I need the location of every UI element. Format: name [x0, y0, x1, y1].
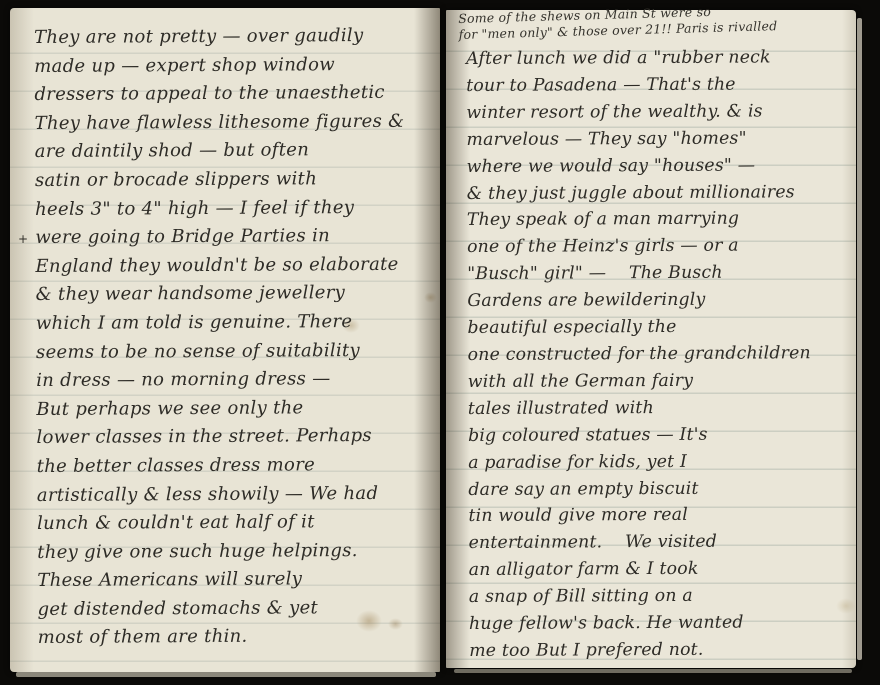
handwriting-line: & they wear handsome jewellery [36, 279, 438, 310]
handwriting-line: were going to Bridge Parties in [35, 222, 437, 253]
handwriting-line: a paradise for kids, yet I [468, 447, 868, 476]
handwriting-line: in dress — no morning dress — [36, 365, 438, 396]
right-page-handwriting: After lunch we did a "rubber neck tour t… [466, 44, 869, 665]
handwriting-line: get distended stomachs & yet [37, 593, 439, 624]
handwriting-line: dare say an empty biscuit [468, 474, 868, 503]
handwriting-line: big coloured statues — It's [468, 421, 868, 450]
margin-caret: + [18, 232, 28, 246]
handwriting-line: heels 3" to 4" high — I feel if they [35, 193, 437, 224]
handwriting-line: marvelous — They say "homes" [466, 125, 866, 154]
notebook-scan: + They are not pretty — over gaudily mad… [0, 0, 880, 685]
handwriting-line: After lunch we did a "rubber neck [466, 44, 866, 73]
handwriting-line: huge fellow's back. He wanted [469, 609, 869, 638]
handwriting-line: seems to be no sense of suitability [36, 336, 438, 367]
handwriting-line: beautiful especially the [467, 313, 867, 342]
page-edge [454, 669, 852, 673]
handwriting-line: dressers to appeal to the unaesthetic [34, 79, 436, 110]
handwriting-line: England they wouldn't be so elaborate [35, 250, 437, 281]
left-page-handwriting: They are not pretty — over gaudily made … [34, 22, 440, 654]
handwriting-line: lower classes in the street. Perhaps [36, 422, 438, 453]
handwriting-line: are daintily shod — but often [35, 136, 437, 167]
handwriting-line: tin would give more real [468, 501, 868, 530]
handwriting-line: where we would say "houses" — [467, 152, 867, 181]
handwriting-line: the better classes dress more [37, 450, 439, 481]
handwriting-line: "Busch" girl" — The Busch [467, 259, 867, 288]
handwriting-line: most of them are thin. [38, 622, 440, 653]
handwriting-line: tour to Pasadena — That's the [466, 71, 866, 100]
handwriting-line: They have flawless lithesome figures & [35, 107, 437, 138]
handwriting-line: which I am told is genuine. There [36, 307, 438, 338]
handwriting-line: satin or brocade slippers with [35, 165, 437, 196]
handwriting-line: artistically & less showily — We had [37, 479, 439, 510]
handwriting-line: one of the Heinz's girls — or a [467, 232, 867, 261]
handwriting-line: They speak of a man marrying [467, 205, 867, 234]
handwriting-line: Gardens are bewilderingly [467, 286, 867, 315]
handwriting-line: a snap of Bill sitting on a [469, 582, 869, 611]
handwriting-line: These Americans will surely [37, 565, 439, 596]
page-edge [16, 672, 436, 677]
handwriting-line: they give one such huge helpings. [37, 536, 439, 567]
handwriting-line: They are not pretty — over gaudily [34, 22, 436, 53]
handwriting-line: But perhaps we see only the [36, 393, 438, 424]
handwriting-line: me too But I prefered not. [469, 636, 869, 665]
handwriting-line: winter resort of the wealthy. & is [466, 98, 866, 127]
handwriting-line: & they just juggle about millionaires [467, 178, 867, 207]
handwriting-line: one constructed for the grandchildren [468, 340, 868, 369]
handwriting-line: an alligator farm & I took [469, 555, 869, 584]
handwriting-line: lunch & couldn't eat half of it [37, 508, 439, 539]
handwriting-line: tales illustrated with [468, 394, 868, 423]
handwriting-line: with all the German fairy [468, 367, 868, 396]
handwriting-line: entertainment. We visited [469, 528, 869, 557]
handwriting-line: made up — expert shop window [34, 50, 436, 81]
